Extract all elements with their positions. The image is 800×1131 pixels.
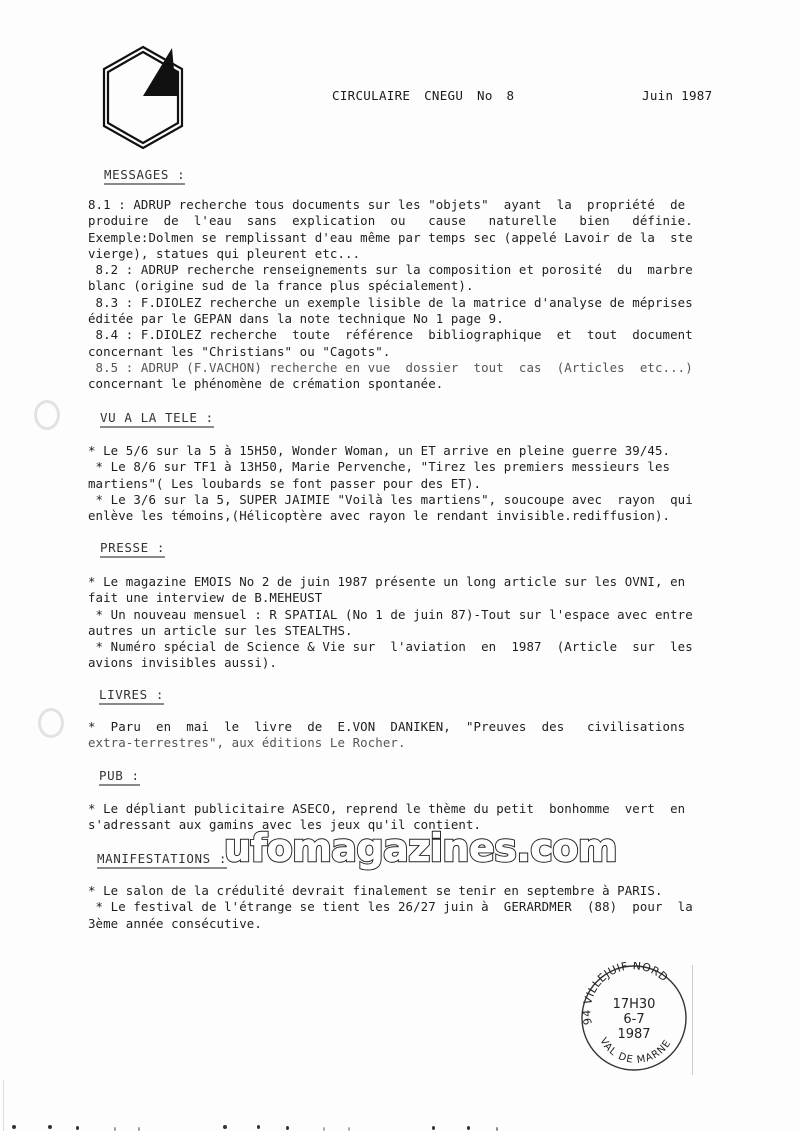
message-line: concernant le phénomène de crémation spo…: [88, 376, 748, 392]
message-line: 8.4 : F.DIOLEZ recherche toute référence…: [88, 327, 748, 343]
postmark-time: 17H30: [613, 997, 656, 1012]
scan-dot: [257, 1125, 260, 1129]
scan-dot: [114, 1127, 116, 1131]
livres-line: extra-terrestres", aux éditions Le Roche…: [88, 735, 748, 751]
tele-line: martiens"( Les loubards se font passer p…: [88, 476, 748, 492]
section-title-tele: VU A LA TELE :: [100, 410, 214, 428]
tele-line: * Le 8/6 sur TF1 à 13H50, Marie Pervench…: [88, 459, 748, 475]
punch-hole: [38, 708, 64, 738]
manifestations-body: * Le salon de la crédulité devrait final…: [88, 883, 748, 932]
presse-line: * Le magazine EMOIS No 2 de juin 1987 pr…: [88, 574, 748, 590]
livres-line: * Paru en mai le livre de E.VON DANIKEN,…: [88, 719, 748, 735]
message-line: 8.1 : ADRUP recherche tous documents sur…: [88, 197, 748, 213]
manifestations-line: 3ème année consécutive.: [88, 916, 748, 932]
scan-dot: [12, 1125, 16, 1129]
scan-dot: [286, 1126, 289, 1130]
scan-dot: [48, 1125, 52, 1129]
message-line: produire de l'eau sans explication ou ca…: [88, 213, 748, 229]
presse-body: * Le magazine EMOIS No 2 de juin 1987 pr…: [88, 574, 748, 672]
message-line: 8.5 : ADRUP (F.VACHON) recherche en vue …: [88, 360, 748, 376]
punch-hole: [34, 400, 60, 430]
postmark-day: 6-7: [623, 1012, 644, 1027]
watermark-text: ufomagazines.com: [224, 826, 617, 870]
scan-dot: [467, 1126, 470, 1130]
circular-title: CIRCULAIRE CNEGU No 8: [332, 88, 514, 103]
section-title-pub: PUB :: [99, 768, 140, 786]
scan-edge-line: [3, 1080, 4, 1131]
scan-dot: [138, 1127, 140, 1131]
tele-line: enlève les témoins,(Hélicoptère avec ray…: [88, 508, 748, 524]
presse-line: avions invisibles aussi).: [88, 655, 748, 671]
hexagon-logo-icon: [100, 44, 186, 152]
section-title-messages: MESSAGES :: [104, 167, 185, 185]
document-page: CIRCULAIRE CNEGU No 8 Juin 1987 MESSAGES…: [0, 0, 800, 1131]
section-title-manifestations: MANIFESTATIONS :: [97, 851, 227, 869]
manifestations-line: * Le festival de l'étrange se tient les …: [88, 899, 748, 915]
message-line: Exemple:Dolmen se remplissant d'eau même…: [88, 230, 748, 246]
presse-line: fait une interview de B.MEHEUST: [88, 590, 748, 606]
postmark-stamp-icon: 94 VILLEJUIF NORD VAL DE MARNE 17H30 6-7…: [578, 962, 690, 1074]
presse-line: autres un article sur les STEALTHS.: [88, 623, 748, 639]
circular-date: Juin 1987: [642, 88, 712, 103]
scan-dot: [223, 1125, 227, 1129]
presse-line: * Numéro spécial de Science & Vie sur l'…: [88, 639, 748, 655]
tele-line: * Le 3/6 sur la 5, SUPER JAIMIE "Voilà l…: [88, 492, 748, 508]
scan-dot: [76, 1126, 79, 1130]
message-line: 8.2 : ADRUP recherche renseignements sur…: [88, 262, 748, 278]
message-line: vierge), statues qui pleurent etc...: [88, 246, 748, 262]
scan-dot: [496, 1127, 498, 1131]
pub-line: * Le dépliant publicitaire ASECO, repren…: [88, 801, 748, 817]
scan-dot: [432, 1126, 435, 1130]
postmark-year: 1987: [617, 1027, 650, 1042]
message-line: 8.3 : F.DIOLEZ recherche un exemple lisi…: [88, 295, 748, 311]
section-title-presse: PRESSE :: [100, 540, 165, 558]
message-line: blanc (origine sud de la france plus spé…: [88, 278, 748, 294]
scan-dot: [323, 1127, 325, 1131]
tele-body: * Le 5/6 sur la 5 à 15H50, Wonder Woman,…: [88, 443, 748, 524]
scan-dot: [348, 1127, 350, 1131]
section-title-livres: LIVRES :: [99, 687, 164, 705]
messages-body: 8.1 : ADRUP recherche tous documents sur…: [88, 197, 748, 393]
message-line: éditée par le GEPAN dans la note techniq…: [88, 311, 748, 327]
presse-line: * Un nouveau mensuel : R SPATIAL (No 1 d…: [88, 607, 748, 623]
manifestations-line: * Le salon de la crédulité devrait final…: [88, 883, 748, 899]
message-line: concernant les "Christians" ou "Cagots".: [88, 344, 748, 360]
tele-line: * Le 5/6 sur la 5 à 15H50, Wonder Woman,…: [88, 443, 748, 459]
livres-body: * Paru en mai le livre de E.VON DANIKEN,…: [88, 719, 748, 752]
scan-edge-line: [692, 965, 693, 1075]
